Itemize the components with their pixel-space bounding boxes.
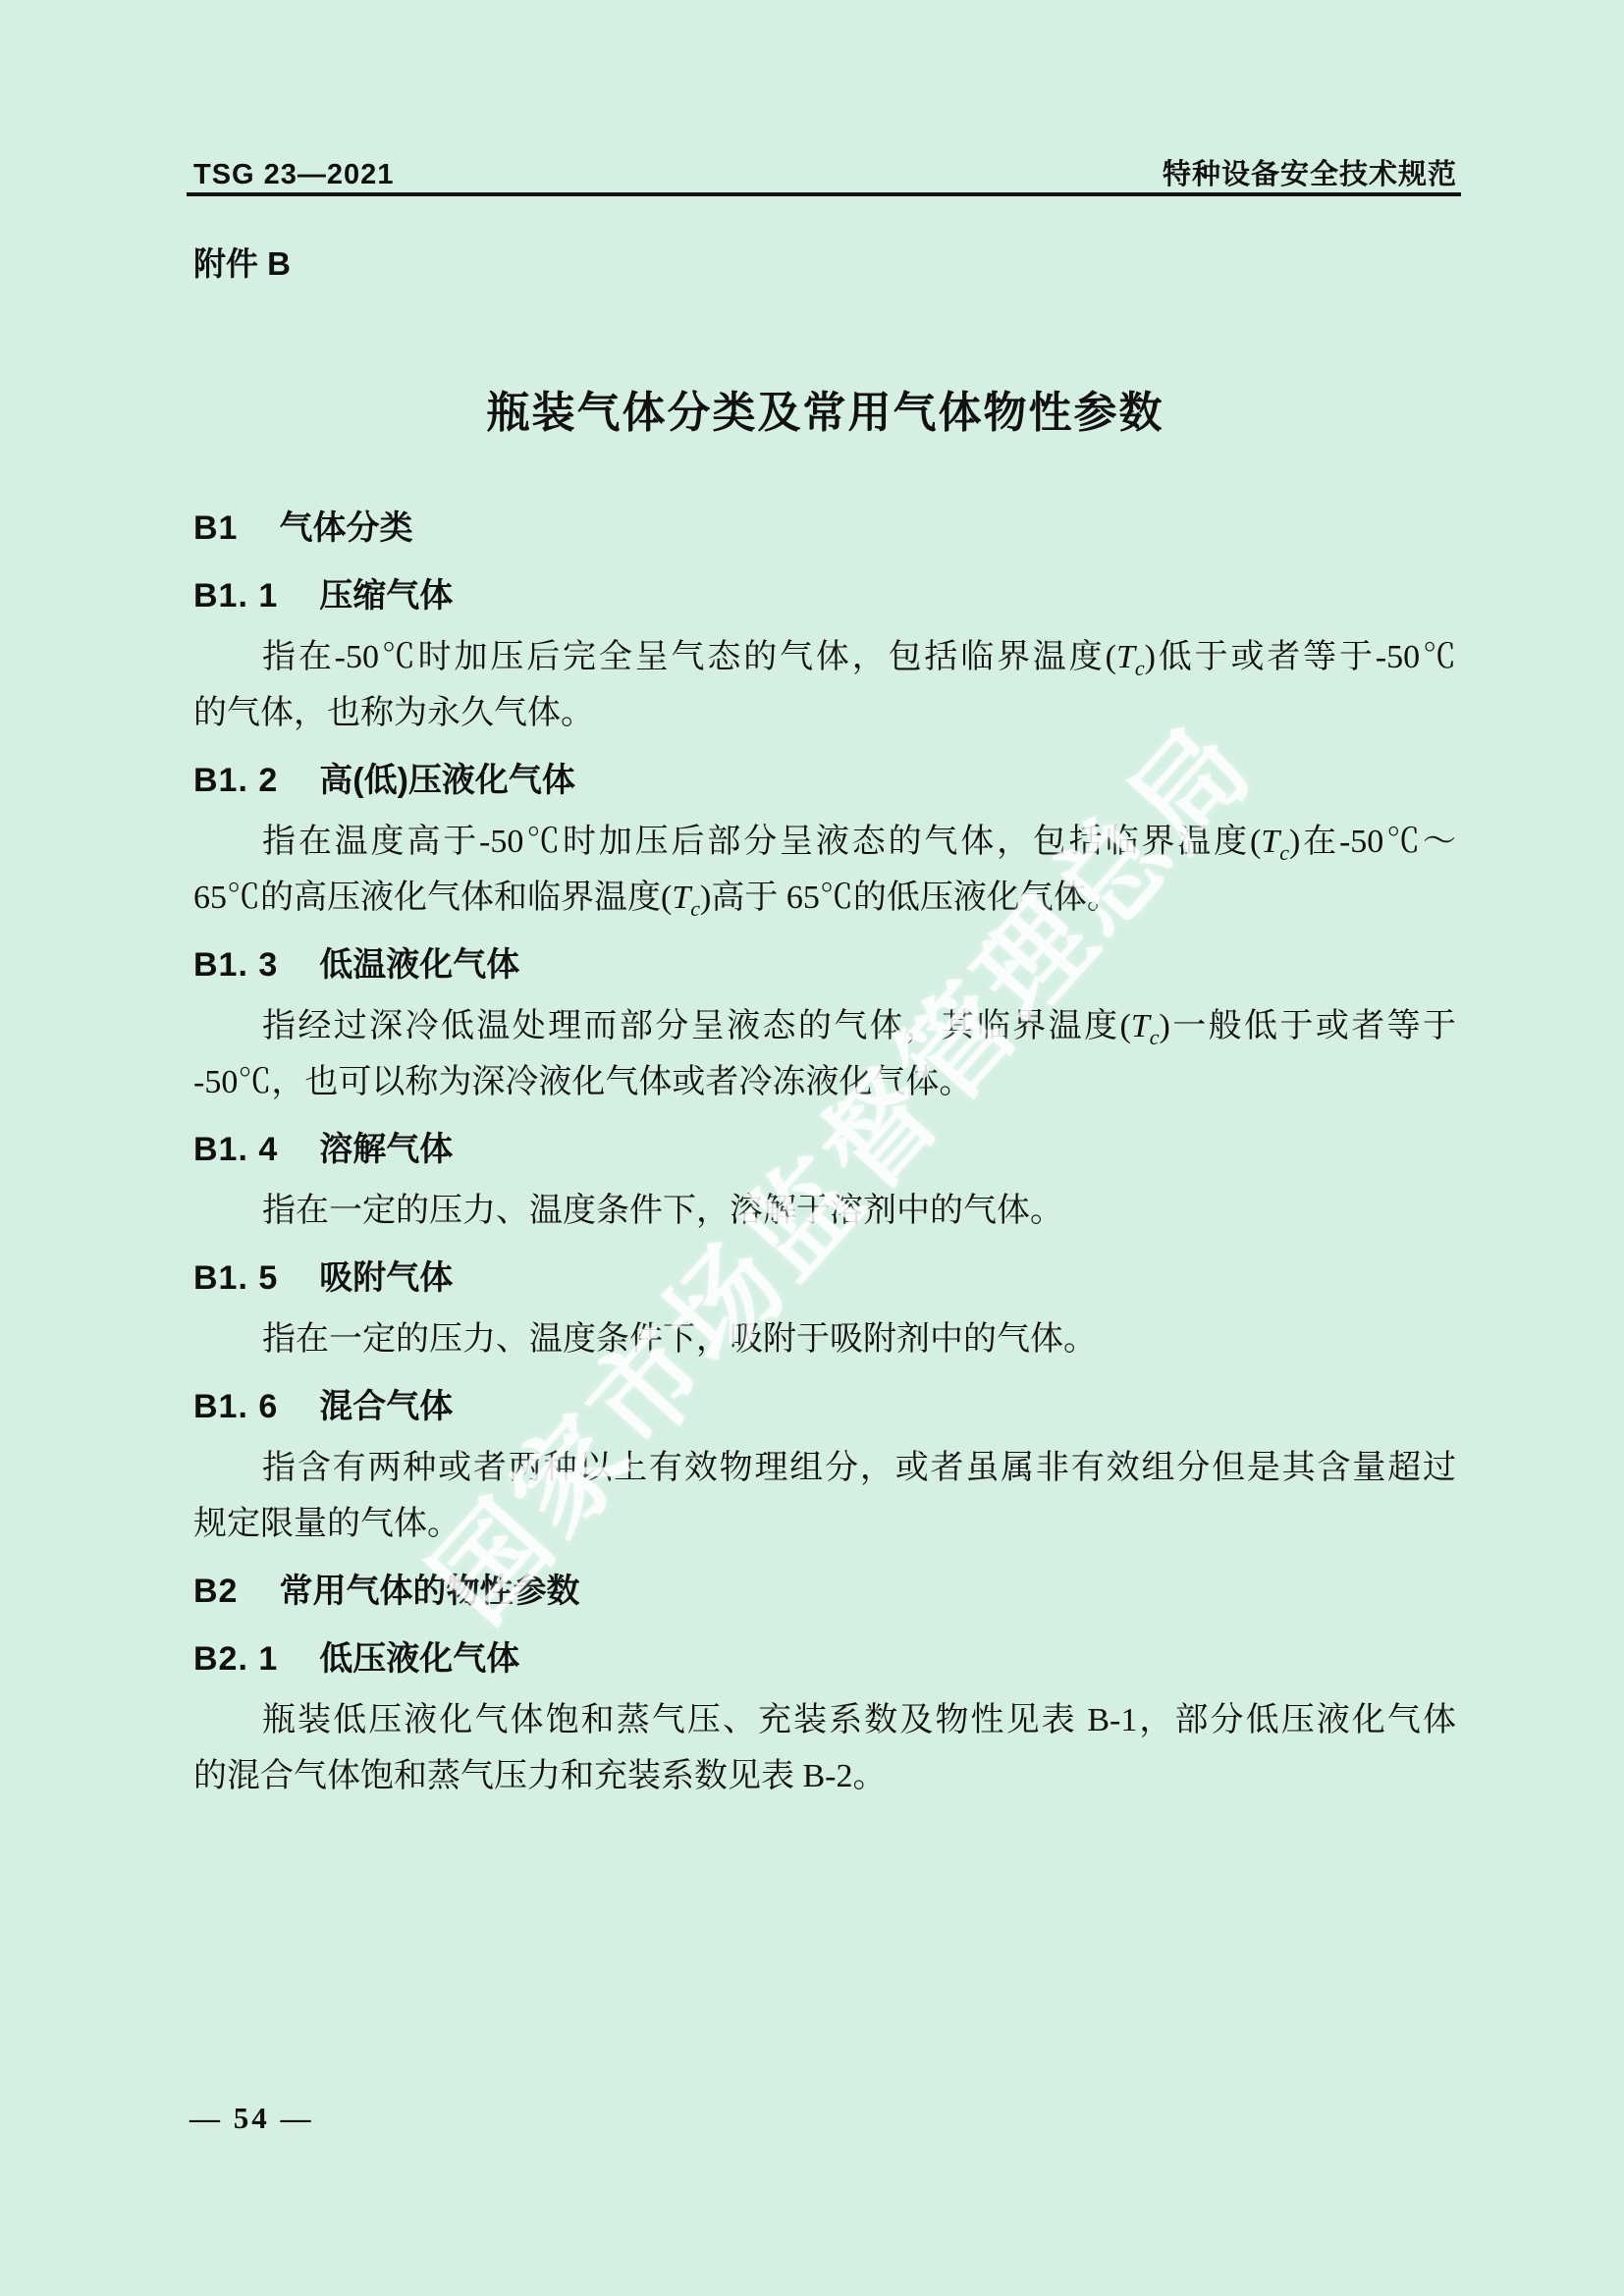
text-run: 的气体，也称为永久气体。 xyxy=(193,695,594,731)
section-title: 气体分类 xyxy=(279,509,412,547)
paragraph-line: 瓶装低压液化气体饱和蒸气压、充装系数及物性见表 B-1，部分低压液化气体 xyxy=(193,1692,1456,1748)
text-run: 指在一定的压力、温度条件下，吸附于吸附剂中的气体。 xyxy=(262,1321,1097,1358)
paragraph-line: 指在一定的压力、温度条件下，溶解于溶剂中的气体。 xyxy=(193,1183,1456,1239)
section-heading-b1-2: B1. 2高(低)压液化气体 xyxy=(193,753,1456,809)
paragraph-line: 指含有两种或者两种以上有效物理组分，或者虽属非有效组分但是其含量超过 xyxy=(193,1440,1456,1496)
header-rule xyxy=(187,192,1461,196)
section-heading-b1: B1气体分类 xyxy=(193,501,1456,557)
paragraph-line: 65℃的高压液化气体和临界温度(Tc)高于 65℃的低压液化气体。 xyxy=(193,870,1456,926)
section-title: 吸附气体 xyxy=(319,1259,453,1297)
section-heading-b1-6: B1. 6混合气体 xyxy=(193,1379,1456,1435)
document-page: TSG 23—2021 特种设备安全技术规范 附件 B 瓶装气体分类及常用气体物… xyxy=(0,0,1624,2296)
subscript-c: c xyxy=(1135,656,1145,680)
text-run: -50℃，也可以称为深冷液化气体或者冷冻液化气体。 xyxy=(193,1064,972,1100)
section-number: B1. 2 xyxy=(193,762,278,799)
page-number: — 54 — xyxy=(189,2101,314,2136)
section-number: B1. 3 xyxy=(193,946,278,984)
document-body: B1气体分类 B1. 1压缩气体 指在-50℃时加压后完全呈气态的气体，包括临界… xyxy=(193,489,1456,1804)
text-run: )在-50℃～ xyxy=(1289,824,1456,860)
text-run: )低于或者等于-50℃ xyxy=(1145,639,1456,675)
text-run: 指含有两种或者两种以上有效物理组分，或者虽属非有效组分但是其含量超过 xyxy=(262,1450,1456,1486)
text-run: 的混合气体饱和蒸气压力和充装系数见表 B-2。 xyxy=(193,1758,887,1794)
section-number: B2. 1 xyxy=(193,1640,278,1678)
section-number: B1. 6 xyxy=(193,1388,278,1425)
doc-code: TSG 23—2021 xyxy=(193,159,394,191)
critical-temperature-symbol: T xyxy=(1261,824,1279,860)
section-heading-b2-1: B2. 1低压液化气体 xyxy=(193,1631,1456,1687)
section-heading-b1-5: B1. 5吸附气体 xyxy=(193,1251,1456,1307)
page-header: TSG 23—2021 特种设备安全技术规范 xyxy=(193,152,1457,192)
doc-standard-name: 特种设备安全技术规范 xyxy=(1163,152,1457,192)
text-run: 65℃的高压液化气体和临界温度( xyxy=(193,880,672,916)
paragraph-line: 的混合气体饱和蒸气压力和充装系数见表 B-2。 xyxy=(193,1748,1456,1804)
text-run: )高于 65℃的低压液化气体。 xyxy=(700,880,1120,916)
text-run: )一般低于或者等于 xyxy=(1160,1008,1457,1044)
attachment-label: 附件 B xyxy=(193,239,291,285)
section-number: B1 xyxy=(193,509,238,547)
critical-temperature-symbol: T xyxy=(1131,1008,1150,1044)
section-number: B2 xyxy=(193,1573,238,1610)
section-heading-b1-4: B1. 4溶解气体 xyxy=(193,1122,1456,1178)
text-run: 指在温度高于-50℃时加压后部分呈液态的气体，包括临界温度( xyxy=(262,824,1261,860)
paragraph-line: 规定限量的气体。 xyxy=(193,1496,1456,1552)
paragraph-line: 指在-50℃时加压后完全呈气态的气体，包括临界温度(Tc)低于或者等于-50℃ xyxy=(193,629,1456,685)
text-run: 指在-50℃时加压后完全呈气态的气体，包括临界温度( xyxy=(262,639,1116,675)
section-title: 混合气体 xyxy=(319,1388,453,1425)
section-heading-b2: B2常用气体的物性参数 xyxy=(193,1564,1456,1620)
page-title: 瓶装气体分类及常用气体物性参数 xyxy=(193,377,1457,440)
section-title: 高(低)压液化气体 xyxy=(319,762,575,799)
paragraph-line: 指经过深冷低温处理而部分呈液态的气体，其临界温度(Tc)一般低于或者等于 xyxy=(193,998,1456,1054)
paragraph-line: 指在温度高于-50℃时加压后部分呈液态的气体，包括临界温度(Tc)在-50℃～ xyxy=(193,814,1456,870)
paragraph-line: 的气体，也称为永久气体。 xyxy=(193,685,1456,741)
subscript-c: c xyxy=(1279,840,1289,865)
text-run: 规定限量的气体。 xyxy=(193,1506,460,1542)
subscript-c: c xyxy=(1150,1025,1160,1049)
section-number: B1. 1 xyxy=(193,577,278,614)
section-title: 常用气体的物性参数 xyxy=(279,1573,579,1610)
section-title: 低温液化气体 xyxy=(319,946,519,984)
critical-temperature-symbol: T xyxy=(672,880,690,916)
section-number: B1. 5 xyxy=(193,1259,278,1297)
text-run: 指经过深冷低温处理而部分呈液态的气体，其临界温度( xyxy=(262,1008,1131,1044)
section-title: 压缩气体 xyxy=(319,577,453,614)
subscript-c: c xyxy=(690,896,700,921)
section-title: 溶解气体 xyxy=(319,1131,453,1168)
section-heading-b1-1: B1. 1压缩气体 xyxy=(193,568,1456,624)
paragraph-line: 指在一定的压力、温度条件下，吸附于吸附剂中的气体。 xyxy=(193,1311,1456,1367)
section-number: B1. 4 xyxy=(193,1131,278,1168)
critical-temperature-symbol: T xyxy=(1116,639,1135,675)
section-heading-b1-3: B1. 3低温液化气体 xyxy=(193,937,1456,993)
text-run: 指在一定的压力、温度条件下，溶解于溶剂中的气体。 xyxy=(262,1193,1063,1229)
paragraph-line: -50℃，也可以称为深冷液化气体或者冷冻液化气体。 xyxy=(193,1054,1456,1110)
text-run: 瓶装低压液化气体饱和蒸气压、充装系数及物性见表 B-1，部分低压液化气体 xyxy=(262,1702,1456,1738)
section-title: 低压液化气体 xyxy=(319,1640,519,1678)
